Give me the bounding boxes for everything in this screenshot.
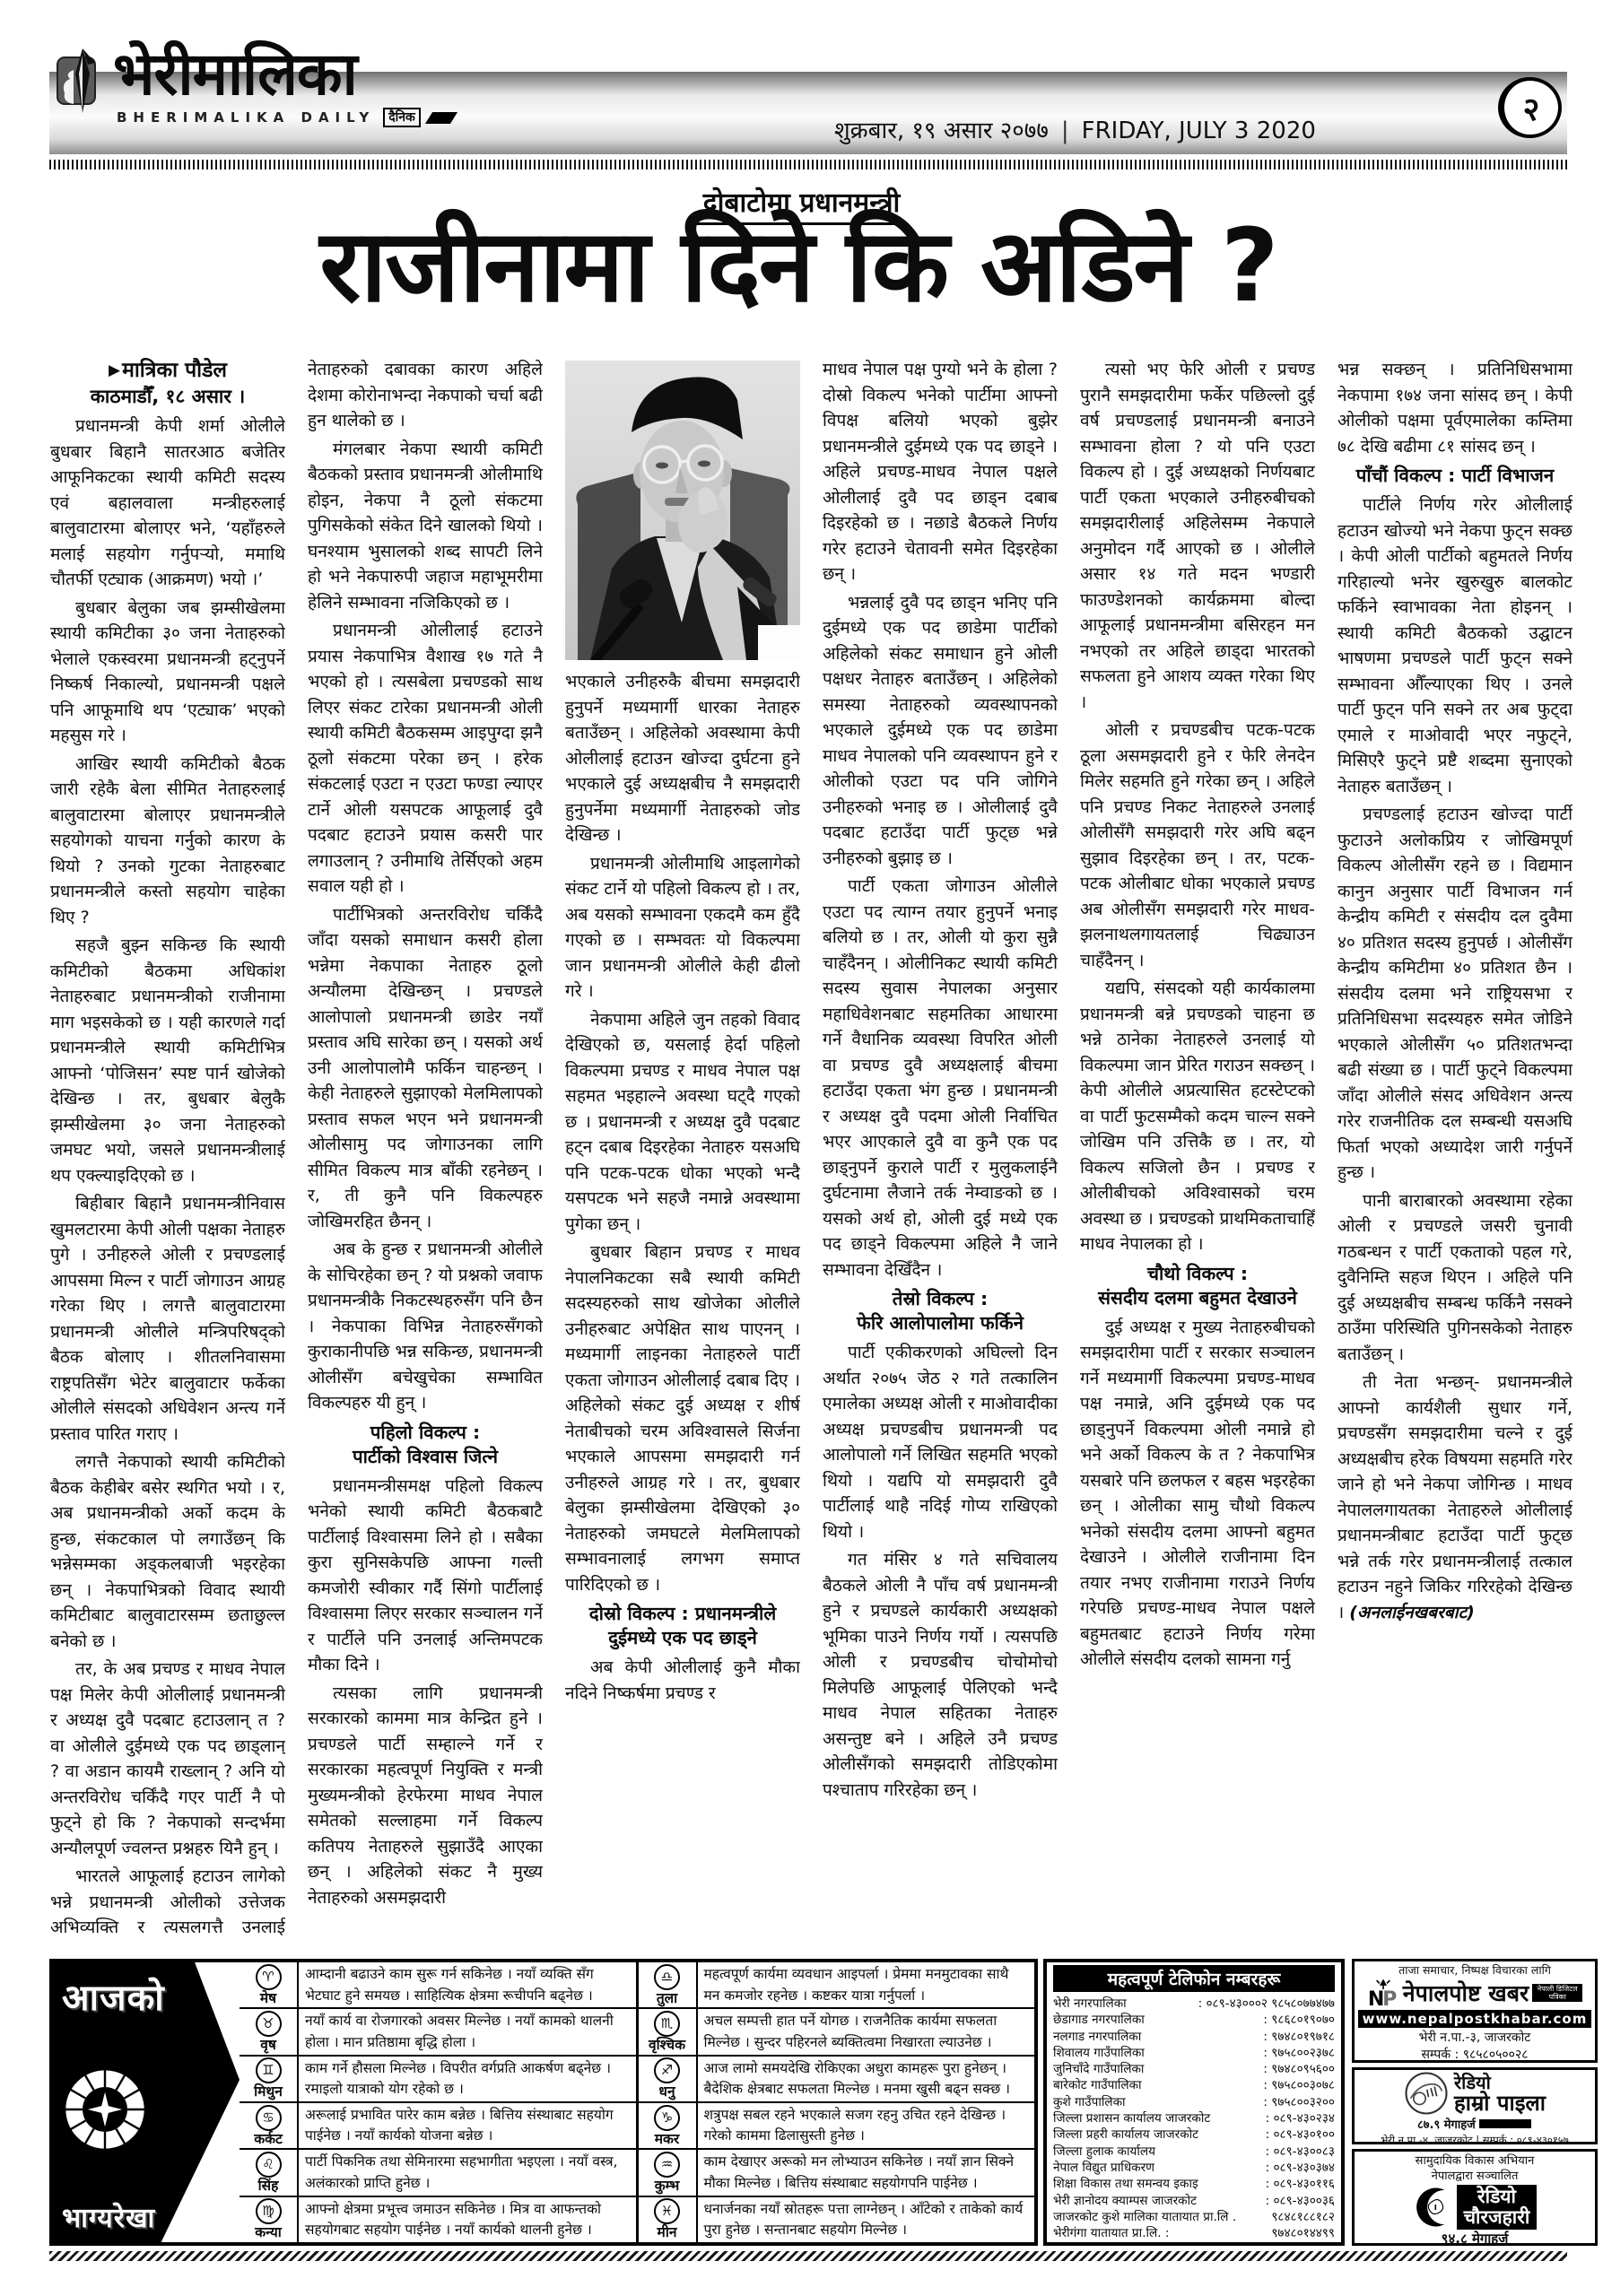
- ad-contact: सम्पर्क : ९८५८०५००२८: [1358, 2047, 1591, 2063]
- phone-number: : ९७५८००३०७८: [1259, 2077, 1335, 2093]
- zodiac-sign: ♍कन्या: [240, 2197, 299, 2242]
- frequency-bar: [1479, 2119, 1531, 2128]
- phone-name: जाजरकोट कुशे मालिका यातायात प्रा.लि .: [1053, 2209, 1268, 2225]
- paragraph: प्रधानमन्त्री ओलीलाई हटाउने प्रयास नेकपा…: [308, 618, 543, 900]
- zodiac-sign: ♋कर्कट: [240, 2103, 299, 2148]
- article-dateline: काठमाडौँ, १८ असार ।: [50, 384, 285, 409]
- phone-row: जिल्ला प्रहरी कार्यालय जाजरकोट: ०८९-४३०१…: [1053, 2126, 1335, 2143]
- aries-icon: ♈: [256, 1964, 282, 1990]
- zodiac-sign: ♉वृष: [240, 2009, 299, 2054]
- phone-name: जिल्ला प्रशासन कार्यालय जाजरकोट: [1053, 2110, 1262, 2126]
- paragraph: गत मंसिर ४ गते सचिवालय बैठकले ओली नै पाँ…: [823, 1547, 1058, 1803]
- masthead-separator-rule: [49, 160, 1567, 170]
- date-nepali: शुक्रबार, १९ असार २०७७: [834, 117, 1049, 144]
- newspaper-page: भेरीमालिका BHERIMALIKA DAILY दैनिक शुक्र…: [0, 0, 1603, 2296]
- phone-name: भेरी नगरपालिका: [1053, 1996, 1195, 2012]
- horoscope-row: ♍कन्या आफ्नो क्षेत्रमा प्रभूत्त्व जमाउन …: [240, 2197, 636, 2242]
- libra-icon: ♎: [654, 1964, 680, 1990]
- ad-brand-name: रेडियो चौरजहारी: [1457, 2185, 1538, 2230]
- ad-contact: भेरी न.पा.-४, जाजरकोट | सम्पर्क : ०८९-४३…: [1358, 2134, 1591, 2144]
- horoscope-row: ♑मकर शत्रुपक्ष सबल रहने भएकाले सजग रहनु …: [639, 2103, 1035, 2150]
- zodiac-sign: ♑मकर: [639, 2103, 698, 2148]
- phone-number: : ९७४८०९५६००: [1259, 2061, 1335, 2077]
- phone-name: नलगाड नगरपालिका: [1053, 2029, 1259, 2045]
- page-number-badge: २: [1498, 77, 1562, 138]
- ad-frequency: ९४.८ मेगाहर्ज: [1358, 2231, 1591, 2246]
- subhead-second-option: दोस्रो विकल्प : प्रधानमन्त्रीले दुईमध्ये…: [565, 1602, 800, 1650]
- horoscope-text: नयाँ कार्य वा रोजगारको अवसर मिल्नेछ । नय…: [299, 2009, 636, 2054]
- phone-row: नेपाल विद्युत प्राधिकरण: ०८९-४३०३७४: [1053, 2160, 1335, 2176]
- paragraph: पानी बाराबारको अवस्थामा रहेका ओली र प्रच…: [1337, 1188, 1573, 1368]
- horoscope-text: आम्दानी बढाउने काम सुरू गर्न सकिनेछ । नय…: [299, 1962, 636, 2007]
- subhead-fourth-option: चौथो विकल्प : संसदीय दलमा बहुमत देखाउने: [1080, 1262, 1315, 1310]
- aquarius-icon: ♒: [654, 2152, 680, 2178]
- ad-frequency: ८७.९ मेगाहर्ज: [1417, 2116, 1591, 2132]
- horoscope-text: पार्टी पिकनिक तथा सेमिनारमा सहभागीता भइए…: [299, 2150, 636, 2195]
- ad-brand-row: N P नेपालपोष्ट खबर नेपाली डिजिटल पत्रिका: [1358, 1978, 1591, 2008]
- ad-brand-row: रेडियो हाम्रो पाइला: [1358, 2071, 1591, 2116]
- phone-number: : ०८९-४३०३७४: [1262, 2160, 1335, 2176]
- paragraph: बिहीबार बिहानै प्रधानमन्त्रीनिवास खुमलटा…: [50, 1191, 285, 1447]
- subhead-third-option: तेस्रो विकल्प : फेरि आलोपालोमा फर्किने: [823, 1287, 1058, 1335]
- article-column-1: ▶मात्रिका पौडेल काठमाडौँ, १८ असार । प्रध…: [50, 357, 285, 1937]
- paragraph: नेताहरुको दबावका कारण अहिले देशमा कोरोना…: [308, 357, 543, 434]
- paragraph: पार्टी एकीकरणको अघिल्लो दिन अर्थात २०७५ …: [823, 1340, 1058, 1544]
- phone-row: जिल्ला हुलाक कार्यालय: ०८९-४३००८३: [1053, 2144, 1335, 2160]
- horoscope-text: महत्वपूर्ण कार्यमा व्यवधान आइपर्ला । प्र…: [698, 1962, 1035, 2007]
- phone-row: भेरीगंगा यातायात प्रा.लि. :९७४८०१४४९९: [1053, 2225, 1335, 2241]
- horoscope-row: ♉वृष नयाँ कार्य वा रोजगारको अवसर मिल्नेछ…: [240, 2009, 636, 2056]
- issue-dateline: शुक्रबार, १९ असार २०७७|FRIDAY, JULY 3 20…: [834, 113, 1316, 145]
- phone-number: : ९७४८०१९७१८: [1259, 2029, 1335, 2045]
- phone-name: जिल्ला हुलाक कार्यालय: [1053, 2144, 1262, 2160]
- article-column-2: नेताहरुको दबावका कारण अहिले देशमा कोरोना…: [308, 357, 543, 1937]
- horoscope-text: आज लामो समयदेखि रोकिएका अधुरा कामहरू पुर…: [698, 2057, 1035, 2101]
- pen-temple-logo-icon: [56, 47, 104, 113]
- date-english: FRIDAY, JULY 3 2020: [1082, 117, 1316, 144]
- paragraph: भएकाले उनीहरुकै बीचमा समझदारी हुनुपर्ने …: [565, 669, 800, 848]
- phone-row: शिक्षा विकास तथा समन्वय इकाइ: ०८९-४३०११६: [1053, 2176, 1335, 2192]
- phone-row: जिल्ला प्रशासन कार्यालय जाजरकोट: ०८९-४३०…: [1053, 2110, 1335, 2126]
- paragraph: ओली र प्रचण्डबीच पटक-पटक ठूला असमझदारी ह…: [1080, 717, 1315, 973]
- pisces-icon: ♓: [654, 2198, 680, 2224]
- taurus-icon: ♉: [256, 2011, 282, 2037]
- paragraph: यद्यपि, संसदको यही कार्यकालमा प्रधानमन्त…: [1080, 976, 1315, 1257]
- phone-number: : ०८९-४३०२३४: [1262, 2110, 1335, 2126]
- phone-number: : ०८९-४३०११६: [1262, 2176, 1335, 2192]
- phone-name: शिवालय गाउँपालिका: [1053, 2045, 1259, 2061]
- oli-photo: [565, 361, 800, 660]
- nepalpost-khabar-ad: ताजा समाचार, निष्पक्ष विचारका लागि N P न…: [1352, 1959, 1598, 2063]
- zodiac-sign: ♐धनु: [639, 2057, 698, 2101]
- gemini-icon: ♊: [256, 2057, 282, 2083]
- paragraph: मंगलबार नेकपा स्थायी कमिटी बैठकको प्रस्त…: [308, 437, 543, 616]
- phone-name: भेरीगंगा यातायात प्रा.लि. :: [1053, 2225, 1268, 2241]
- logo-title: भेरीमालिका: [113, 47, 454, 102]
- subhead-first-option: पहिलो विकल्प : पार्टीको विश्वास जित्ने: [308, 1421, 543, 1469]
- date-separator: |: [1049, 117, 1082, 144]
- phone-name: बारेकोट गाउँपालिका: [1053, 2077, 1259, 2093]
- horoscope-text: अरूलाई प्रभावित पारेर काम बन्नेछ । बित्त…: [299, 2103, 636, 2148]
- svg-text:P: P: [1382, 1987, 1397, 2008]
- zodiac-sign: ♏वृश्चिक: [639, 2009, 698, 2054]
- paragraph: बुधबार बिहान प्रचण्ड र माधव नेपालनिकटका …: [565, 1239, 800, 1597]
- cancer-icon: ♋: [256, 2105, 282, 2131]
- horoscope-row: ♓मीन धनार्जनका नयाँ स्रोतहरू पत्ता लाग्न…: [639, 2197, 1035, 2242]
- subhead-fifth-option: पाँचौं विकल्प : पार्टी विभाजन: [1337, 464, 1573, 488]
- footer-separator-rule: [49, 2251, 1567, 2261]
- phone-number: : ९७५८००२३७८: [1259, 2045, 1335, 2061]
- horoscope-column-right: ♎तुला महत्वपूर्ण कार्यमा व्यवधान आइपर्ला…: [636, 1962, 1035, 2242]
- article-column-5: त्यसो भए फेरि ओली र प्रचण्ड पुरानै समझदा…: [1080, 357, 1315, 1937]
- ad-brand-tag: नेपाली डिजिटल पत्रिका: [1532, 1984, 1582, 2002]
- phone-number: ९८४८१८८१८२: [1268, 2209, 1335, 2225]
- zodiac-wheel-icon: [62, 2066, 148, 2152]
- paragraph: ती नेता भन्छन्- प्रधानमन्त्रीले आफ्नो का…: [1337, 1370, 1573, 1625]
- byline: ▶मात्रिका पौडेल: [50, 357, 285, 384]
- phone-name: जिल्ला प्रहरी कार्यालय जाजरकोट: [1053, 2126, 1262, 2143]
- paragraph: पार्टीभित्रको अन्तरविरोध चर्किंदै जाँदा …: [308, 902, 543, 1235]
- phone-name: शिक्षा विकास तथा समन्वय इकाइ: [1053, 2176, 1262, 2192]
- paragraph: पार्टीले निर्णय गरेर ओलीलाई हटाउन खोज्यो…: [1337, 492, 1573, 799]
- phone-row: भेरी नगरपालिका: ०८९-४३०००२ ९८५८०७७४७७: [1053, 1996, 1335, 2012]
- ad-address: भेरी न.पा.-३, जाजरकोट: [1358, 2030, 1591, 2047]
- phone-name: नेपाल विद्युत प्राधिकरण: [1053, 2160, 1262, 2176]
- ad-brand-name: रेडियो हाम्रो पाइला: [1454, 2073, 1546, 2115]
- horoscope-row: ♌सिंह पार्टी पिकनिक तथा सेमिनारमा सहभागी…: [240, 2150, 636, 2196]
- logo-subtitle-row: BHERIMALIKA DAILY दैनिक: [117, 108, 454, 127]
- phone-number: : ९७५८००३२००: [1259, 2094, 1335, 2110]
- zodiac-sign: ♌सिंह: [240, 2150, 299, 2195]
- horoscope-row: ♒कुम्भ काम देखाएर अरूको मन लोभ्याउन सकिन…: [639, 2150, 1035, 2196]
- phone-number: : ०८९-४३०१००: [1262, 2126, 1335, 2143]
- phone-number: : ९८६८०१९०७०: [1259, 2012, 1335, 2028]
- radio-chaurjahari-logo-icon: [1413, 2187, 1454, 2228]
- sagittarius-icon: ♐: [654, 2057, 680, 2083]
- zodiac-sign: ♒कुम्भ: [639, 2150, 698, 2195]
- paragraph: प्रधानमन्त्रीसमक्ष पहिलो विकल्प भनेको स्…: [308, 1474, 543, 1678]
- ad-tagline: ताजा समाचार, निष्पक्ष विचारका लागि: [1358, 1963, 1591, 1978]
- paragraph: पार्टी एकता जोगाउन ओलीले एउटा पद त्याग्न…: [823, 874, 1058, 1283]
- byline-author: मात्रिका पौडेल: [122, 359, 227, 382]
- horoscope-label-bottom: भाग्यरेखा: [62, 2198, 155, 2235]
- horoscope-text: काम गर्ने हौसला मिल्नेछ । विपरीत वर्गप्र…: [299, 2057, 636, 2101]
- paragraph: माधव नेपाल पक्ष पुग्यो भने के होला ? दोस…: [823, 357, 1058, 587]
- telephone-numbers-box: महत्वपूर्ण टेलिफोन नम्बरहरू भेरी नगरपालि…: [1043, 1959, 1345, 2246]
- phone-row: नलगाड नगरपालिका: ९७४८०१९७१८: [1053, 2029, 1335, 2045]
- radio-hamro-paila-ad: रेडियो हाम्रो पाइला ८७.९ मेगाहर्ज भेरी न…: [1352, 2067, 1598, 2144]
- main-headline: राजीनामा दिने कि अडिने ?: [72, 215, 1525, 317]
- logo-text: भेरीमालिका BHERIMALIKA DAILY दैनिक: [113, 47, 454, 127]
- phone-row: बारेकोट गाउँपालिका: ९७५८००३०७८: [1053, 2077, 1335, 2093]
- phone-row: भेरी ज्ञानोदय क्याम्पस जाजरकोट: ०८९-४३००…: [1053, 2193, 1335, 2209]
- zodiac-sign: ♊मिथुन: [240, 2057, 299, 2101]
- paragraph: भन्नलाई दुवै पद छाड्न भनिए पनि दुईमध्ये …: [823, 590, 1058, 872]
- paragraph: बुधबार बेलुका जब झम्सीखेलमा स्थायी कमिटी…: [50, 596, 285, 749]
- article-column-4: माधव नेपाल पक्ष पुग्यो भने के होला ? दोस…: [823, 357, 1058, 1937]
- ad-tagline: नेपालद्वारा सञ्चालित: [1358, 2169, 1591, 2184]
- phone-row: छेडागाड नगरपालिका: ९८६८०१९०७०: [1053, 2012, 1335, 2028]
- paragraph-text: ती नेता भन्छन्- प्रधानमन्त्रीले आफ्नो का…: [1337, 1372, 1573, 1622]
- paragraph: अब के हुन्छ र प्रधानमन्त्री ओलीले के सोच…: [308, 1237, 543, 1416]
- paragraph: सहजै बुझ्न सकिन्छ कि स्थायी कमिटीको बैठक…: [50, 933, 285, 1188]
- horoscope-box: आजको भाग्यरेखा ♈मेष: [49, 1959, 1038, 2246]
- horoscope-label: आजको भाग्यरेखा: [53, 1962, 240, 2242]
- horoscope-text: धनार्जनका नयाँ स्रोतहरू पत्ता लाग्नेछन् …: [698, 2197, 1035, 2242]
- logo-subtitle: BHERIMALIKA DAILY: [117, 109, 375, 126]
- logo-tag-shape: [425, 112, 457, 124]
- virgo-icon: ♍: [256, 2198, 282, 2224]
- horoscope-row: ♐धनु आज लामो समयदेखि रोकिएका अधुरा कामहर…: [639, 2057, 1035, 2103]
- ad-brand-name: नेपालपोष्ट खबर: [1403, 1978, 1529, 2008]
- horoscope-row: ♈मेष आम्दानी बढाउने काम सुरू गर्न सकिनेछ…: [240, 1962, 636, 2009]
- ad-website-url: www.nepalpostkhabar.com: [1358, 2010, 1591, 2028]
- phone-row: कुशे गाउँपालिका: ९७५८००३२००: [1053, 2094, 1335, 2110]
- ads-column: ताजा समाचार, निष्पक्ष विचारका लागि N P न…: [1352, 1959, 1598, 2246]
- horoscope-column-left: ♈मेष आम्दानी बढाउने काम सुरू गर्न सकिनेछ…: [240, 1962, 636, 2242]
- logo-tag: दैनिक: [383, 108, 421, 127]
- horoscope-text: शत्रुपक्ष सबल रहने भएकाले सजग रहनु उचित …: [698, 2103, 1035, 2148]
- article-column-3: भएकाले उनीहरुकै बीचमा समझदारी हुनुपर्ने …: [565, 357, 800, 1937]
- zodiac-sign: ♓मीन: [639, 2197, 698, 2242]
- phone-row: जाजरकोट कुशे मालिका यातायात प्रा.लि .९८४…: [1053, 2209, 1335, 2225]
- phone-row: शिवालय गाउँपालिका: ९७५८००२३७८: [1053, 2045, 1335, 2061]
- paragraph: लगत्तै नेकपाको स्थायी कमिटीको बैठक केहीब…: [50, 1449, 285, 1654]
- horoscope-label-top: आजको: [62, 1971, 165, 2021]
- phone-name: जुनिचाँदे गाउँपालिका: [1053, 2061, 1259, 2077]
- horoscope-text: काम देखाएर अरूको मन लोभ्याउन सकिनेछ । नय…: [698, 2150, 1035, 2195]
- paragraph: भारतले आफूलाई हटाउन लागेको भन्ने प्रधानम…: [50, 1864, 285, 1937]
- paragraph: प्रचण्डलाई हटाउन खोज्दा पार्टी फुटाउने अ…: [1337, 802, 1573, 1186]
- horoscope-row: ♏वृश्चिक अचल सम्पत्ती हात पर्ने योगछ । र…: [639, 2009, 1035, 2056]
- leo-icon: ♌: [256, 2152, 282, 2178]
- scorpio-icon: ♏: [654, 2011, 680, 2037]
- phone-name: कुशे गाउँपालिका: [1053, 2094, 1259, 2110]
- source-credit: (अनलाईनखबरबाट): [1349, 1603, 1475, 1622]
- ad-brand-row: रेडियो चौरजहारी: [1358, 2185, 1591, 2230]
- phone-row: जुनिचाँदे गाउँपालिका: ९७४८०९५६००: [1053, 2061, 1335, 2077]
- article-column-6: भन्न सक्छन् । प्रतिनिधिसभामा नेकपामा १७४…: [1337, 357, 1573, 1937]
- horoscope-text: अचल सम्पत्ती हात पर्ने योगछ । राजनैतिक क…: [698, 2009, 1035, 2054]
- ad-tagline: सामुदायिक विकास अभियान: [1358, 2153, 1591, 2169]
- phone-name: छेडागाड नगरपालिका: [1053, 2012, 1259, 2028]
- horoscope-text: आफ्नो क्षेत्रमा प्रभूत्त्व जमाउन सकिनेछ …: [299, 2197, 636, 2242]
- paragraph: प्रधानमन्त्री केपी शर्मा ओलीले बुधबार बि…: [50, 413, 285, 593]
- paragraph: भन्न सक्छन् । प्रतिनिधिसभामा नेकपामा १७४…: [1337, 357, 1573, 459]
- zodiac-sign: ♎तुला: [639, 1962, 698, 2007]
- radio-chaurjahari-ad: सामुदायिक विकास अभियान नेपालद्वारा सञ्चा…: [1352, 2149, 1598, 2246]
- phone-number: : ०८९-४३००८३: [1262, 2144, 1335, 2160]
- zodiac-sign: ♈मेष: [240, 1962, 299, 2007]
- paragraph: प्रधानमन्त्री ओलीमाथि आइलागेको संकट टार्…: [565, 851, 800, 1004]
- paragraph: नेकपामा अहिले जुन तहको विवाद देखिएको छ, …: [565, 1007, 800, 1238]
- paragraph: आखिर स्थायी कमिटीको बैठक जारी रहेकै बेला…: [50, 752, 285, 931]
- newspaper-logo: भेरीमालिका BHERIMALIKA DAILY दैनिक: [56, 47, 454, 127]
- paragraph: तर, के अब प्रचण्ड र माधव नेपाल पक्ष मिले…: [50, 1657, 285, 1861]
- telephone-box-title: महत्वपूर्ण टेलिफोन नम्बरहरू: [1053, 1965, 1335, 1992]
- horoscope-row: ♎तुला महत्वपूर्ण कार्यमा व्यवधान आइपर्ला…: [639, 1962, 1035, 2009]
- paragraph: अब केपी ओलीलाई कुनै मौका नदिने निष्कर्षम…: [565, 1655, 800, 1706]
- paragraph: त्यसो भए फेरि ओली र प्रचण्ड पुरानै समझदा…: [1080, 357, 1315, 715]
- phone-number: : ०८९-४३००३६: [1262, 2193, 1335, 2209]
- radio-hamro-paila-logo-icon: [1404, 2071, 1449, 2116]
- capricorn-icon: ♑: [654, 2105, 680, 2131]
- horoscope-grid: ♈मेष आम्दानी बढाउने काम सुरू गर्न सकिनेछ…: [240, 1962, 1034, 2242]
- np-logo-icon: N P: [1367, 1978, 1399, 2008]
- paragraph: त्यसका लागि प्रधानमन्त्री सरकारको काममा …: [308, 1681, 543, 1911]
- phone-number: ९७४८०१४४९९: [1268, 2225, 1335, 2241]
- phone-number: : ०८९-४३०००२ ९८५८०७७४७७: [1195, 1996, 1335, 2012]
- horoscope-row: ♊मिथुन काम गर्ने हौसला मिल्नेछ । विपरीत …: [240, 2057, 636, 2103]
- byline-triangle-icon: ▶: [109, 361, 122, 379]
- paragraph: दुई अध्यक्ष र मुख्य नेताहरुबीचको समझदारी…: [1080, 1315, 1315, 1673]
- phone-name: भेरी ज्ञानोदय क्याम्पस जाजरकोट: [1053, 2193, 1262, 2209]
- horoscope-row: ♋कर्कट अरूलाई प्रभावित पारेर काम बन्नेछ …: [240, 2103, 636, 2150]
